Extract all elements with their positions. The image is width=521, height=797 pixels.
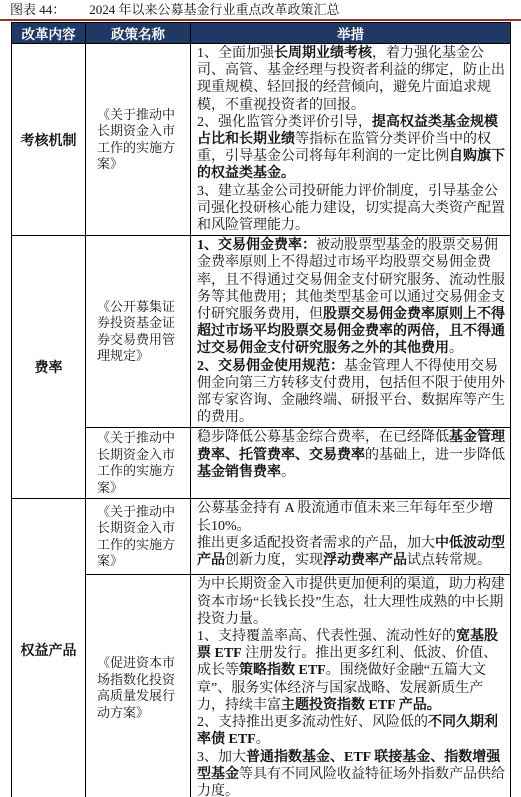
measures-paragraph: 1、交易佣金费率：被动股票型基金的股票交易佣金费率原则上不得超过市场平均股票交易…: [197, 237, 505, 357]
table-row: 考核机制 《关于推动中长期资金入市工作的实施方案》 1、全面加强长周期业绩考核，…: [12, 44, 511, 236]
measures-paragraph: 稳步降低公募基金综合费率，在已经降低基金管理费率、托管费率、交易费率的基础上，进…: [197, 429, 505, 481]
column-header-reform-content: 改革内容: [12, 23, 86, 44]
measures-cell: 1、交易佣金费率：被动股票型基金的股票交易佣金费率原则上不得超过市场平均股票交易…: [191, 236, 511, 428]
column-header-measures: 举措: [191, 23, 511, 44]
measures-paragraph: 2、支持推出更多流动性好、风险低的不同久期利率债 ETF。: [197, 714, 505, 748]
header-row: 改革内容 政策名称 举措: [12, 23, 511, 44]
measures-paragraph: 2、交易佣金使用规范：基金管理人不得使用交易佣金向第三方转移支付费用，包括但不限…: [197, 358, 505, 427]
measures-paragraph: 推出更多适配投资者需求的产品，加大中低波动型产品创新力度，实现浮动费率产品试点转…: [197, 535, 505, 569]
measures-paragraph: 公募基金持有 A 股流通市值未来三年每年至少增长10%。: [197, 500, 505, 534]
category-cell-fee-rate: 费率: [12, 236, 86, 499]
measures-cell: 1、全面加强长周期业绩考核，着力强化基金公司、高管、基金经理与投资者利益的绑定，…: [191, 44, 511, 236]
figure-number: 图表 44：: [10, 2, 65, 17]
table-row: 《关于推动中长期资金入市工作的实施方案》 稳步降低公募基金综合费率，在已经降低基…: [12, 428, 511, 499]
measures-cell: 稳步降低公募基金综合费率，在已经降低基金管理费率、托管费率、交易费率的基础上，进…: [191, 428, 511, 499]
table-row: 权益产品 《关于推动中长期资金入市工作的实施方案》 公募基金持有 A 股流通市值…: [12, 499, 511, 575]
policy-table: 改革内容 政策名称 举措 考核机制 《关于推动中长期资金入市工作的实施方案》 1…: [11, 22, 511, 797]
measures-paragraph: 为中长期资金入市提供更加便利的渠道，助力构建资本市场“长钱长投”生态，壮大理性成…: [197, 576, 505, 628]
measures-paragraph: 3、加大普通指数基金、ETF 联接基金、指数增强型基金等具有不同风险收益特征场外…: [197, 749, 505, 797]
column-header-policy-name: 政策名称: [86, 23, 191, 44]
table-row: 《促进资本市场指数化投资高质量发展行动方案》 为中长期资金入市提供更加便利的渠道…: [12, 575, 511, 797]
measures-cell: 公募基金持有 A 股流通市值未来三年每年至少增长10%。推出更多适配投资者需求的…: [191, 499, 511, 575]
measures-paragraph: 2、强化监管分类评价引导，提高权益类基金规模占比和长期业绩等指标在监管分类评价当…: [197, 114, 505, 183]
figure-title-text: 2024 年以来公募基金行业重点改革政策汇总: [89, 2, 339, 17]
category-cell-equity-products: 权益产品: [12, 499, 86, 797]
measures-paragraph: 3、建立基金公司投研能力评价制度，引导基金公司强化投研核心能力建设，切实提高大类…: [197, 183, 505, 235]
figure-title: 图表 44：2024 年以来公募基金行业重点改革政策汇总: [0, 0, 521, 17]
policy-name-cell: 《关于推动中长期资金入市工作的实施方案》: [86, 499, 191, 575]
category-cell-assessment: 考核机制: [12, 44, 86, 236]
policy-name-cell: 《公开募集证券投资基金证券交易费用管理规定》: [86, 236, 191, 428]
measures-paragraph: 1、全面加强长周期业绩考核，着力强化基金公司、高管、基金经理与投资者利益的绑定，…: [197, 45, 505, 114]
title-rule: [0, 19, 521, 21]
policy-name-cell: 《关于推动中长期资金入市工作的实施方案》: [86, 44, 191, 236]
policy-name-cell: 《关于推动中长期资金入市工作的实施方案》: [86, 428, 191, 499]
table-row: 费率 《公开募集证券投资基金证券交易费用管理规定》 1、交易佣金费率：被动股票型…: [12, 236, 511, 428]
policy-name-cell: 《促进资本市场指数化投资高质量发展行动方案》: [86, 575, 191, 797]
measures-cell: 为中长期资金入市提供更加便利的渠道，助力构建资本市场“长钱长投”生态，壮大理性成…: [191, 575, 511, 797]
measures-paragraph: 1、支持覆盖率高、代表性强、流动性好的宽基股票 ETF 注册发行。推出更多红利、…: [197, 628, 505, 714]
